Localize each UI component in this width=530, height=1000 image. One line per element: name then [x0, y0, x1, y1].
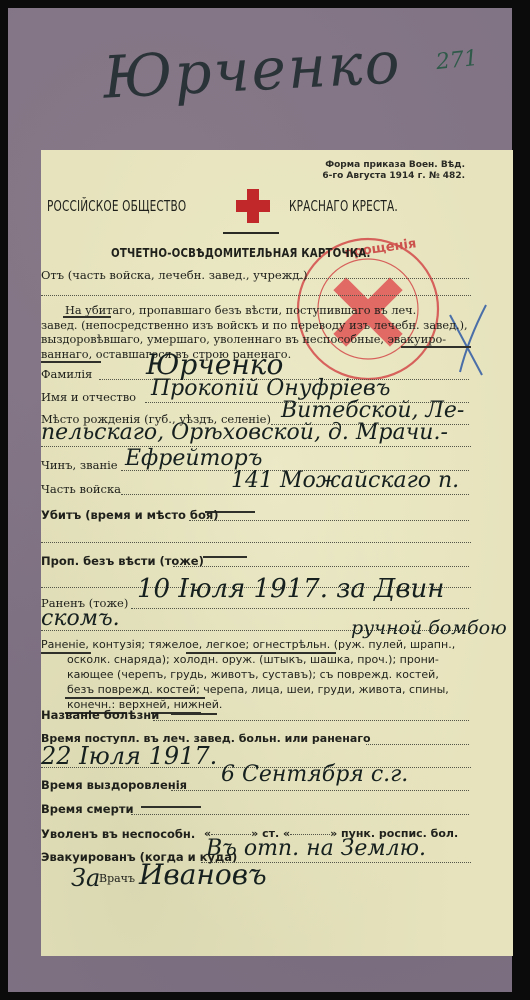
- title-rule: [223, 232, 279, 234]
- dash-mark: [171, 713, 217, 715]
- field-unit-value: 141 Можайскаго п.: [231, 468, 459, 493]
- field-recovery-line[interactable]: [171, 790, 469, 791]
- field-wounded-value-2: скомъ.: [41, 606, 120, 631]
- wound-type-line-2: осколк. снаряда); холодн. оруж. (штыкъ, …: [41, 653, 507, 668]
- wound-type-line-1: Раненіе, контузія; тяжелое, легкое; огне…: [41, 638, 507, 653]
- field-from: Отъ (часть войска, лечебн. завед., учреж…: [41, 268, 513, 282]
- field-unit-label: Часть войска: [41, 482, 121, 496]
- field-wounded-value-3: ручной бомбою: [351, 617, 507, 639]
- field-death-line[interactable]: [131, 814, 469, 815]
- field-disease-line[interactable]: [153, 720, 469, 721]
- field-admission-value: 22 Іюля 1917.: [41, 742, 217, 770]
- field-recovery-value: 6 Сентября с.г.: [221, 762, 408, 787]
- folder-number-handwritten: 271: [435, 46, 479, 75]
- field-death-label: Время смерти: [41, 802, 134, 816]
- dash-mark: [203, 556, 247, 558]
- field-rank-label: Чинъ, званіе: [41, 458, 118, 472]
- field-from-label: Отъ (часть войска, лечебн. завед., учреж…: [41, 268, 308, 282]
- doctor-label: Врачъ: [99, 872, 135, 885]
- field-wounded-line[interactable]: [131, 608, 469, 609]
- underline-mark: [41, 652, 91, 654]
- form-reference: Форма приказа Воен. Вѣд. 6-го Августа 19…: [322, 160, 465, 182]
- field-missing-label: Проп. безъ вѣсти (тоже): [41, 554, 204, 568]
- wound-type-line-4: безъ поврежд. костей; черепа, лица, шеи,…: [41, 683, 507, 698]
- intro-line-2: завед. (непосредственно изъ войскъ и по …: [41, 319, 507, 334]
- field-name-label: Имя и отчество: [41, 390, 136, 404]
- field-from-line-2[interactable]: [41, 295, 471, 296]
- field-discharged-article-input[interactable]: [211, 834, 251, 835]
- folder-surname-handwritten: Юрченко: [101, 28, 403, 112]
- underline-mark: [401, 346, 471, 348]
- field-recovery-label: Время выздоровленія: [41, 778, 187, 792]
- dash-mark: [141, 806, 201, 808]
- field-surname-label: Фамилія: [41, 367, 92, 381]
- underline-mark: [186, 652, 336, 654]
- doctor-prefix-handwritten: За: [71, 864, 100, 892]
- field-disease-label: Названіе болѣзни: [41, 708, 159, 722]
- field-discharged-point-input[interactable]: [290, 834, 330, 835]
- field-admission-line[interactable]: [366, 744, 469, 745]
- field-unit-line[interactable]: [121, 494, 469, 495]
- field-missing-line[interactable]: [173, 566, 469, 567]
- field-from-line[interactable]: [299, 278, 469, 279]
- society-name-left: РОССІЙСКОЕ ОБЩЕСТВО: [47, 197, 186, 215]
- field-wounded-value-1: 10 Іюля 1917. за Двин: [137, 574, 444, 604]
- field-killed-line-2[interactable]: [41, 542, 471, 543]
- red-cross-icon: [234, 187, 272, 225]
- wound-type-line-3: кающее (черепъ, грудь, животъ, суставъ);…: [41, 668, 507, 683]
- doctor-signature: Ивановъ: [139, 858, 267, 891]
- field-killed-label: Убитъ (время и мѣсто боя): [41, 508, 219, 522]
- underline-mark: [63, 316, 111, 318]
- field-killed-line[interactable]: [189, 520, 469, 521]
- field-birthplace-value-2: пельскаго, Орѣховской, д. Мрачи.-: [41, 420, 448, 445]
- society-name-right: КРАСНАГО КРЕСТА.: [289, 197, 398, 215]
- red-cross-report-card: Форма приказа Воен. Вѣд. 6-го Августа 19…: [41, 150, 513, 956]
- underline-mark: [65, 697, 205, 699]
- card-title: ОТЧЕТНО-ОСВѢДОМИТЕЛЬНАЯ КАРТОЧКА.: [111, 246, 370, 260]
- field-discharged-label: Уволенъ въ неспособн.: [41, 827, 195, 841]
- underline-mark: [41, 361, 101, 363]
